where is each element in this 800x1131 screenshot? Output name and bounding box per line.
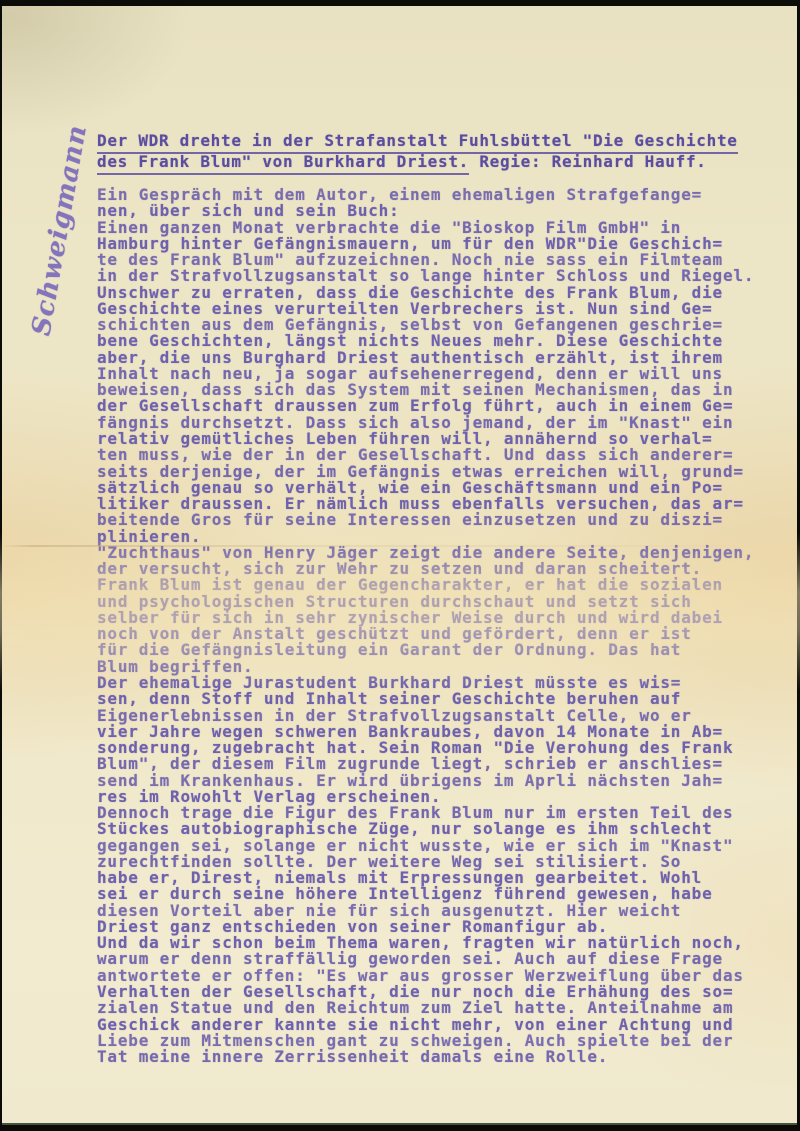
typed-line: Tat meine innere Zerrissenheit damals ei… bbox=[97, 1049, 762, 1065]
body-text: Ein Gespräch mit dem Autor, einem ehemal… bbox=[97, 187, 762, 1065]
typed-line: Einen ganzen Monat verbrachte die "Biosk… bbox=[97, 220, 762, 236]
typed-line: Eigenerlebnissen in der Strafvollzugsans… bbox=[97, 708, 762, 724]
typed-line: Frank Blum ist genau der Gegencharakter,… bbox=[97, 577, 762, 593]
typed-content: Der WDR drehte in der Strafanstalt Fuhls… bbox=[97, 130, 762, 1065]
typed-line: zurechtfinden sollte. Der weitere Weg se… bbox=[97, 854, 762, 870]
typed-line: Blum begriffen. bbox=[97, 659, 762, 675]
title-line-2-rest: Regie: Reinhard Hauff. bbox=[469, 152, 707, 171]
typed-line: selber für sich in sehr zynischer Weise … bbox=[97, 610, 762, 626]
title-line-1: Der WDR drehte in der Strafanstalt Fuhls… bbox=[97, 130, 762, 151]
typed-line: diesen Vorteil aber nie für sich ausgenu… bbox=[97, 903, 762, 919]
typed-line: send im Krankenhaus. Er wird übrigens im… bbox=[97, 773, 762, 789]
typed-line: Dennoch trage die Figur des Frank Blum n… bbox=[97, 805, 762, 821]
typed-line: seits derjenige, der im Gefängnis etwas … bbox=[97, 464, 762, 480]
typed-line: schichten aus dem Gefängnis, selbst von … bbox=[97, 317, 762, 333]
typed-line: beweisen, dass sich das System mit seine… bbox=[97, 382, 762, 398]
typed-line: beitende Gros für seine Interessen einzu… bbox=[97, 512, 762, 528]
typed-line: Ein Gespräch mit dem Autor, einem ehemal… bbox=[97, 187, 762, 203]
typed-line: in der Strafvollzugsanstalt so lange hin… bbox=[97, 268, 762, 284]
scanned-document: Schweigmann Der WDR drehte in der Strafa… bbox=[0, 0, 800, 1131]
typed-line: fängnis durchsetzt. Dass sich also jeman… bbox=[97, 415, 762, 431]
typed-line: antwortete er offen: "Es war aus grosser… bbox=[97, 968, 762, 984]
typed-line: zialen Statue und den Reichtum zum Ziel … bbox=[97, 1000, 762, 1016]
title-line-2-underlined: des Frank Blum" von Burkhard Driest. bbox=[97, 152, 469, 175]
document-title: Der WDR drehte in der Strafanstalt Fuhls… bbox=[97, 130, 762, 172]
title-line-2: des Frank Blum" von Burkhard Driest. Reg… bbox=[97, 151, 762, 172]
